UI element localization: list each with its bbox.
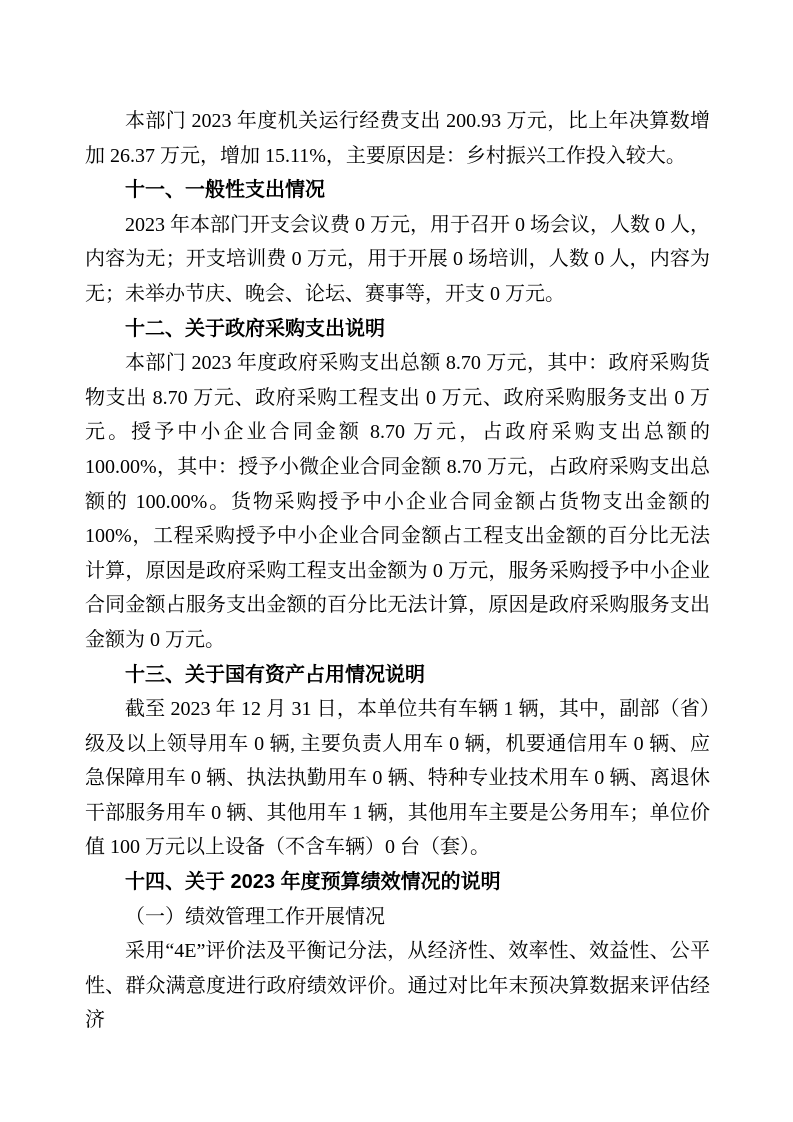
subheading-performance-management: （一）绩效管理工作开展情况 (85, 900, 710, 935)
heading-budget-performance: 十四、关于 2023 年度预算绩效情况的说明 (85, 865, 710, 900)
heading-state-assets: 十三、关于国有资产占用情况说明 (85, 658, 710, 693)
para-state-assets: 截至 2023 年 12 月 31 日，本单位共有车辆 1 辆，其中，副部（省）… (85, 692, 710, 865)
para-performance-evaluation: 采用“4E”评价法及平衡记分法，从经济性、效率性、效益性、公平性、群众满意度进行… (85, 934, 710, 1038)
document-page: 本部门 2023 年度机关运行经费支出 200.93 万元，比上年决算数增加 2… (0, 0, 793, 1122)
para-general-expenditure: 2023 年本部门开支会议费 0 万元，用于召开 0 场会议，人数 0 人，内容… (85, 208, 710, 312)
para-government-procurement: 本部门 2023 年度政府采购支出总额 8.70 万元，其中：政府采购货物支出 … (85, 346, 710, 657)
heading-government-procurement: 十二、关于政府采购支出说明 (85, 312, 710, 347)
heading-general-expenditure: 十一、一般性支出情况 (85, 173, 710, 208)
para-agency-operating-expense: 本部门 2023 年度机关运行经费支出 200.93 万元，比上年决算数增加 2… (85, 104, 710, 173)
